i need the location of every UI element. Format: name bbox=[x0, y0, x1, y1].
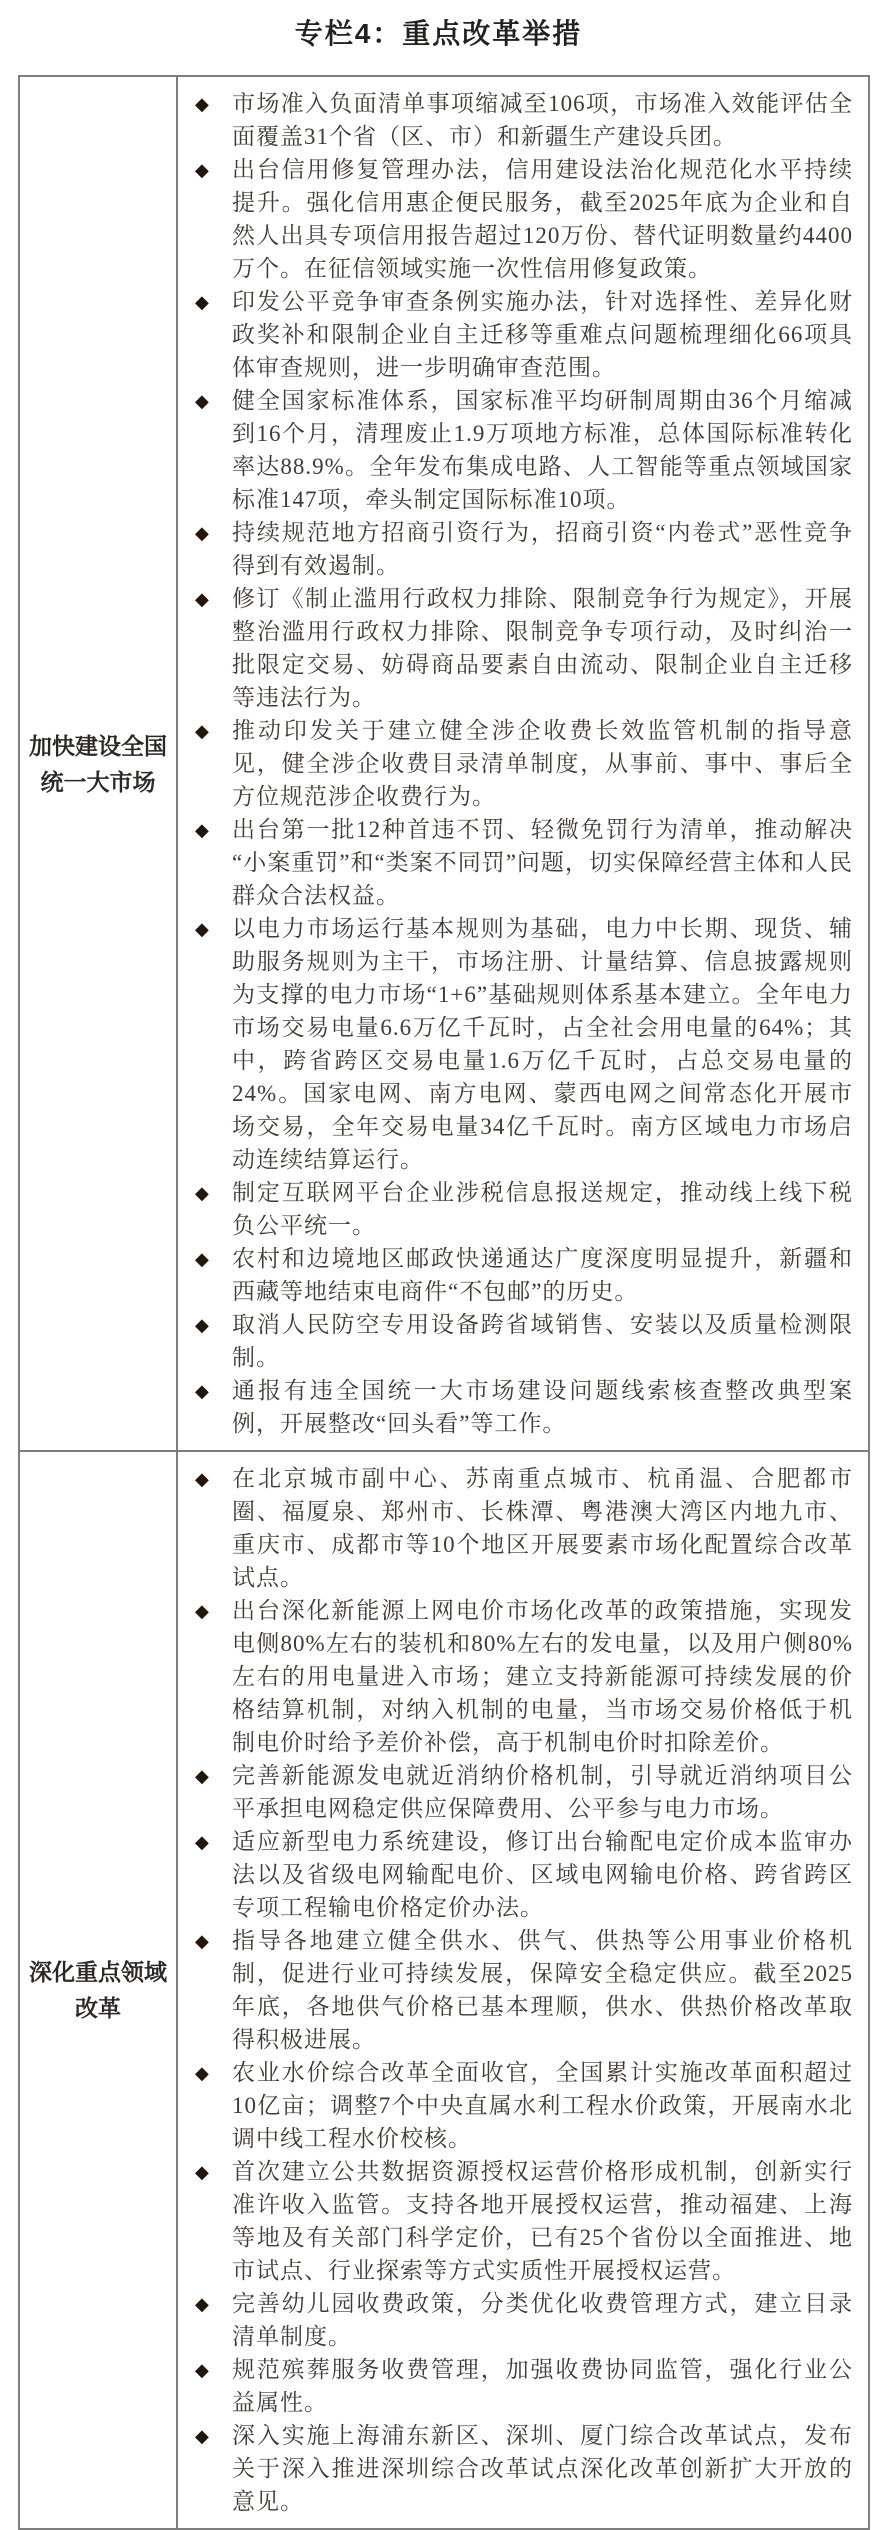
measure-text: 适应新型电力系统建设，修订出台输配电定价成本监审办法以及省级电网输配电价、区域电… bbox=[232, 1829, 853, 1920]
measure-text: 完善新能源发电就近消纳价格机制，引导就近消纳项目公平承担电网稳定供应保障费用、公… bbox=[232, 1763, 853, 1821]
bullet-diamond-icon: ◆ bbox=[195, 88, 209, 121]
measure-text: 健全国家标准体系，国家标准平均研制周期由36个月缩减到16个月，清理废止1.9万… bbox=[232, 388, 853, 512]
measure-list: ◆市场准入负面清单事项缩减至106项，市场准入效能评估全面覆盖31个省（区、市）… bbox=[194, 87, 853, 1440]
list-item: ◆出台信用修复管理办法，信用建设法治化规范化水平持续提升。强化信用惠企便民服务，… bbox=[194, 153, 853, 285]
bullet-diamond-icon: ◆ bbox=[195, 1826, 209, 1859]
bullet-diamond-icon: ◆ bbox=[195, 286, 209, 319]
list-item: ◆持续规范地方招商引资行为，招商引资“内卷式”恶性竞争得到有效遏制。 bbox=[194, 516, 853, 582]
measure-text: 出台深化新能源上网电价市场化改革的政策措施，实现发电侧80%左右的装机和80%左… bbox=[232, 1598, 853, 1755]
list-item: ◆完善幼儿园收费政策，分类优化收费管理方式，建立目录清单制度。 bbox=[194, 2287, 853, 2353]
measure-text: 出台第一批12种首违不罚、轻微免罚行为清单，推动解决“小案重罚”和“类案不同罚”… bbox=[232, 817, 853, 908]
measure-text: 农村和边境地区邮政快递通达广度深度明显提升，新疆和西藏等地结束电商件“不包邮”的… bbox=[232, 1246, 853, 1304]
bullet-diamond-icon: ◆ bbox=[195, 517, 209, 550]
measure-text: 取消人民防空专用设备跨省域销售、安装以及质量检测限制。 bbox=[232, 1312, 853, 1370]
list-item: ◆出台深化新能源上网电价市场化改革的政策措施，实现发电侧80%左右的装机和80%… bbox=[194, 1594, 853, 1759]
list-item: ◆规范殡葬服务收费管理，加强收费协同监管，强化行业公益属性。 bbox=[194, 2353, 853, 2419]
measure-text: 在北京城市副中心、苏南重点城市、杭甬温、合肥都市圈、福厦泉、郑州市、长株潭、粤港… bbox=[232, 1466, 853, 1590]
list-item: ◆健全国家标准体系，国家标准平均研制周期由36个月缩减到16个月，清理废止1.9… bbox=[194, 384, 853, 516]
bullet-diamond-icon: ◆ bbox=[195, 1760, 209, 1793]
bullet-diamond-icon: ◆ bbox=[195, 715, 209, 748]
measure-text: 指导各地建立健全供水、供气、供热等公用事业价格机制，促进行业可持续发展，保障安全… bbox=[232, 1928, 853, 2052]
row-content-key-areas: ◆在北京城市副中心、苏南重点城市、杭甬温、合肥都市圈、福厦泉、郑州市、长株潭、粤… bbox=[177, 1451, 869, 2529]
bullet-diamond-icon: ◆ bbox=[195, 2057, 209, 2090]
bullet-diamond-icon: ◆ bbox=[195, 1309, 209, 1342]
bullet-diamond-icon: ◆ bbox=[195, 2156, 209, 2189]
column-title: 专栏4：重点改革举措 bbox=[0, 12, 877, 52]
bullet-diamond-icon: ◆ bbox=[195, 1243, 209, 1276]
bullet-diamond-icon: ◆ bbox=[195, 1463, 209, 1496]
table-row-unified-market: 加快建设全国 统一大市场 ◆市场准入负面清单事项缩减至106项，市场准入效能评估… bbox=[19, 76, 869, 1451]
list-item: ◆农村和边境地区邮政快递通达广度深度明显提升，新疆和西藏等地结束电商件“不包邮”… bbox=[194, 1242, 853, 1308]
bullet-diamond-icon: ◆ bbox=[195, 814, 209, 847]
list-item: ◆完善新能源发电就近消纳价格机制，引导就近消纳项目公平承担电网稳定供应保障费用、… bbox=[194, 1759, 853, 1825]
row-header-unified-market: 加快建设全国 统一大市场 bbox=[19, 76, 177, 1451]
list-item: ◆通报有违全国统一大市场建设问题线索核查整改典型案例，开展整改“回头看”等工作。 bbox=[194, 1374, 853, 1440]
bullet-diamond-icon: ◆ bbox=[195, 583, 209, 616]
list-item: ◆农业水价综合改革全面收官，全国累计实施改革面积超过10亿亩；调整7个中央直属水… bbox=[194, 2056, 853, 2155]
bullet-diamond-icon: ◆ bbox=[195, 2354, 209, 2387]
list-item: ◆推动印发关于建立健全涉企收费长效监管机制的指导意见，健全涉企收费目录清单制度，… bbox=[194, 714, 853, 813]
measure-text: 农业水价综合改革全面收官，全国累计实施改革面积超过10亿亩；调整7个中央直属水利… bbox=[232, 2060, 853, 2151]
list-item: ◆印发公平竞争审查条例实施办法，针对选择性、差异化财政奖补和限制企业自主迁移等重… bbox=[194, 285, 853, 384]
list-item: ◆首次建立公共数据资源授权运营价格形成机制，创新实行准许收入监管。支持各地开展授… bbox=[194, 2155, 853, 2287]
bullet-diamond-icon: ◆ bbox=[195, 1925, 209, 1958]
measure-text: 通报有违全国统一大市场建设问题线索核查整改典型案例，开展整改“回头看”等工作。 bbox=[232, 1378, 853, 1436]
row-content-unified-market: ◆市场准入负面清单事项缩减至106项，市场准入效能评估全面覆盖31个省（区、市）… bbox=[177, 76, 869, 1451]
document-page: { "page": { "title": "专栏4：重点改革举措" }, "bu… bbox=[0, 0, 877, 2381]
list-item: ◆市场准入负面清单事项缩减至106项，市场准入效能评估全面覆盖31个省（区、市）… bbox=[194, 87, 853, 153]
measure-text: 市场准入负面清单事项缩减至106项，市场准入效能评估全面覆盖31个省（区、市）和… bbox=[232, 91, 853, 149]
list-item: ◆取消人民防空专用设备跨省域销售、安装以及质量检测限制。 bbox=[194, 1308, 853, 1374]
bullet-diamond-icon: ◆ bbox=[195, 385, 209, 418]
table-row-key-areas: 深化重点领域 改革 ◆在北京城市副中心、苏南重点城市、杭甬温、合肥都市圈、福厦泉… bbox=[19, 1451, 869, 2529]
list-item: ◆出台第一批12种首违不罚、轻微免罚行为清单，推动解决“小案重罚”和“类案不同罚… bbox=[194, 813, 853, 912]
list-item: ◆制定互联网平台企业涉税信息报送规定，推动线上线下税负公平统一。 bbox=[194, 1176, 853, 1242]
bullet-diamond-icon: ◆ bbox=[195, 2288, 209, 2321]
bullet-diamond-icon: ◆ bbox=[195, 154, 209, 187]
measure-text: 首次建立公共数据资源授权运营价格形成机制，创新实行准许收入监管。支持各地开展授权… bbox=[232, 2159, 853, 2283]
measure-text: 持续规范地方招商引资行为，招商引资“内卷式”恶性竞争得到有效遏制。 bbox=[232, 520, 853, 578]
bullet-diamond-icon: ◆ bbox=[195, 1375, 209, 1408]
list-item: ◆指导各地建立健全供水、供气、供热等公用事业价格机制，促进行业可持续发展，保障安… bbox=[194, 1924, 853, 2056]
measure-text: 出台信用修复管理办法，信用建设法治化规范化水平持续提升。强化信用惠企便民服务，截… bbox=[232, 157, 853, 281]
row-header-key-areas: 深化重点领域 改革 bbox=[19, 1451, 177, 2529]
bullet-diamond-icon: ◆ bbox=[195, 1177, 209, 1210]
measure-text: 以电力市场运行基本规则为基础，电力中长期、现货、辅助服务规则为主干，市场注册、计… bbox=[232, 916, 853, 1172]
measure-text: 规范殡葬服务收费管理，加强收费协同监管，强化行业公益属性。 bbox=[232, 2357, 853, 2415]
measure-text: 完善幼儿园收费政策，分类优化收费管理方式，建立目录清单制度。 bbox=[232, 2291, 853, 2349]
measure-text: 修订《制止滥用行政权力排除、限制竞争行为规定》，开展整治滥用行政权力排除、限制竞… bbox=[232, 586, 853, 710]
list-item: ◆适应新型电力系统建设，修订出台输配电定价成本监审办法以及省级电网输配电价、区域… bbox=[194, 1825, 853, 1924]
measure-text: 制定互联网平台企业涉税信息报送规定，推动线上线下税负公平统一。 bbox=[232, 1180, 853, 1238]
measure-text: 深入实施上海浦东新区、深圳、厦门综合改革试点，发布关于深入推进深圳综合改革试点深… bbox=[232, 2423, 853, 2514]
measure-list: ◆在北京城市副中心、苏南重点城市、杭甬温、合肥都市圈、福厦泉、郑州市、长株潭、粤… bbox=[194, 1462, 853, 2518]
list-item: ◆修订《制止滥用行政权力排除、限制竞争行为规定》，开展整治滥用行政权力排除、限制… bbox=[194, 582, 853, 714]
bullet-diamond-icon: ◆ bbox=[195, 2420, 209, 2453]
list-item: ◆以电力市场运行基本规则为基础，电力中长期、现货、辅助服务规则为主干，市场注册、… bbox=[194, 912, 853, 1176]
list-item: ◆在北京城市副中心、苏南重点城市、杭甬温、合肥都市圈、福厦泉、郑州市、长株潭、粤… bbox=[194, 1462, 853, 1594]
bullet-diamond-icon: ◆ bbox=[195, 913, 209, 946]
measure-text: 印发公平竞争审查条例实施办法，针对选择性、差异化财政奖补和限制企业自主迁移等重难… bbox=[232, 289, 853, 380]
reform-measures-table: 加快建设全国 统一大市场 ◆市场准入负面清单事项缩减至106项，市场准入效能评估… bbox=[18, 75, 870, 2530]
list-item: ◆深入实施上海浦东新区、深圳、厦门综合改革试点，发布关于深入推进深圳综合改革试点… bbox=[194, 2419, 853, 2518]
bullet-diamond-icon: ◆ bbox=[195, 1595, 209, 1628]
measure-text: 推动印发关于建立健全涉企收费长效监管机制的指导意见，健全涉企收费目录清单制度，从… bbox=[232, 718, 853, 809]
